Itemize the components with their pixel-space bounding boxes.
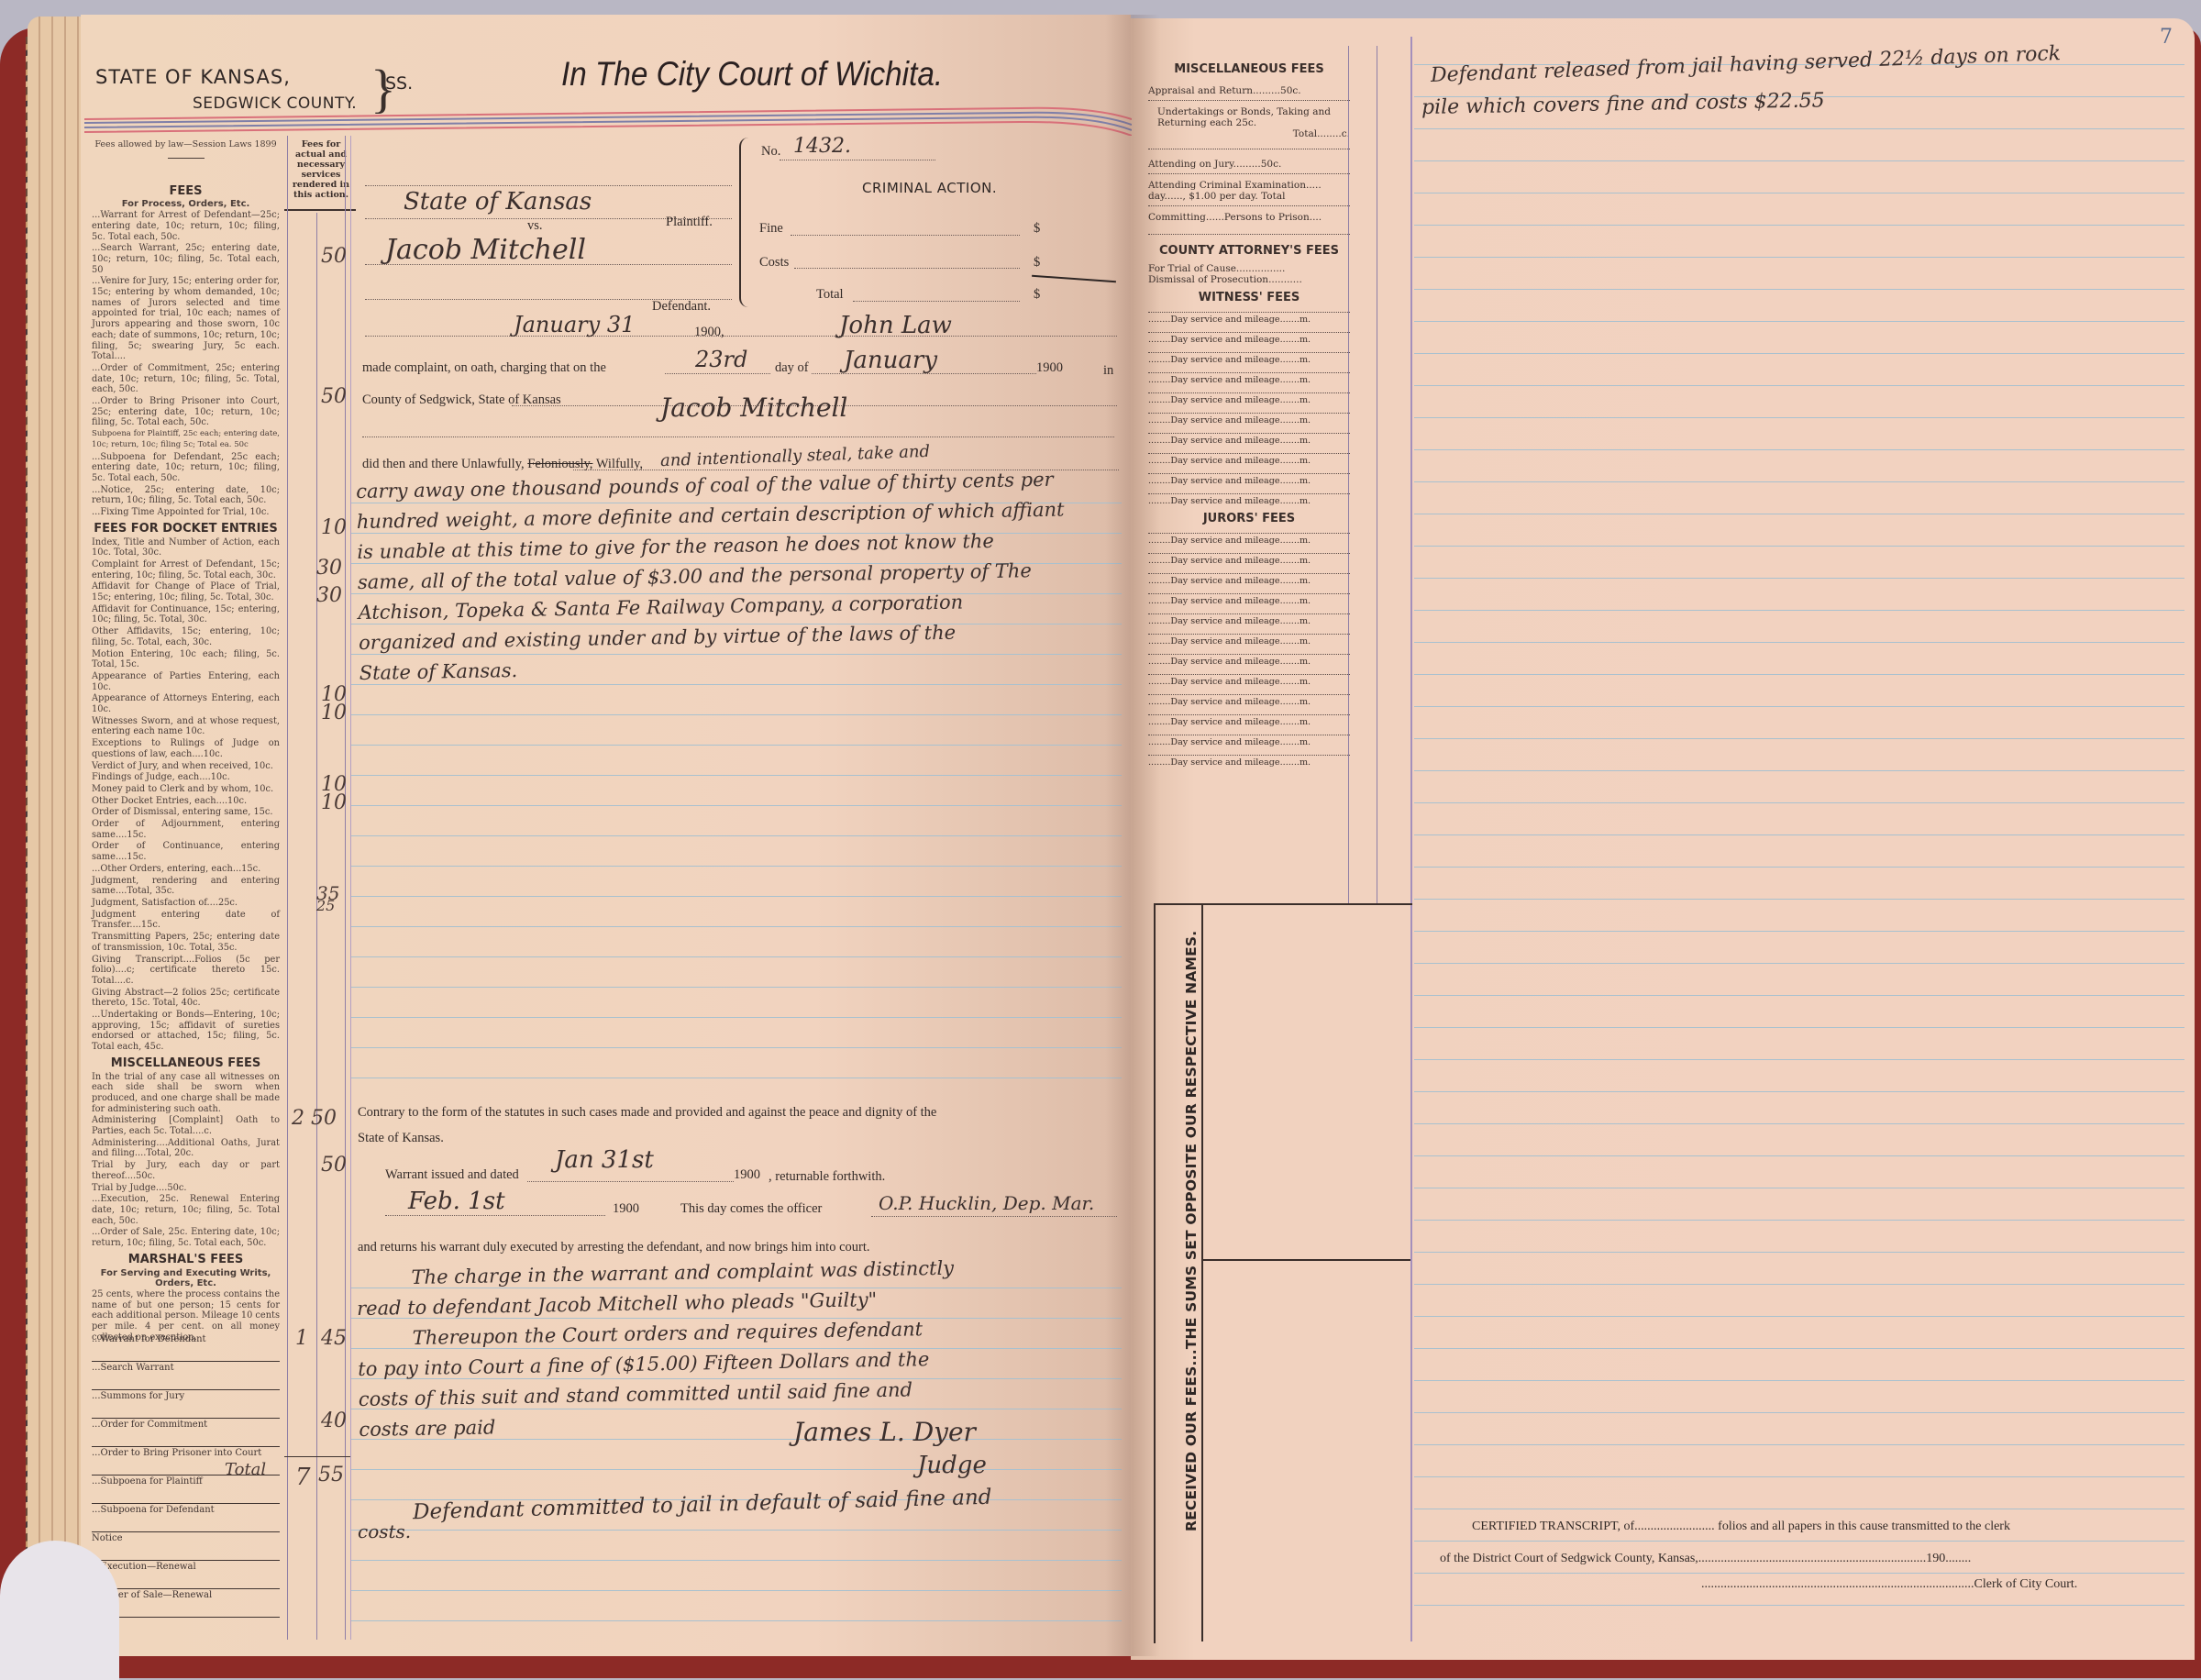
fee-item: ...Notice, 25c; entering date, 10c; retu… [92, 485, 280, 506]
ledger-line [351, 1469, 1122, 1470]
fee-item: Trial by Jury, each day or part thereof.… [92, 1160, 280, 1181]
header-state: STATE OF KANSAS, [95, 66, 291, 88]
fee-item: Appearance of Attorneys Entering, each 1… [92, 693, 280, 714]
header-rule-lines [84, 99, 1132, 136]
receipt-statement: RECEIVED OUR FEES...THE SUMS SET OPPOSIT… [1183, 931, 1200, 1531]
returns-text: and returns his warrant duly executed by… [358, 1240, 870, 1255]
complaint-date: January 31 [514, 312, 635, 337]
accused-name: Jacob Mitchell [660, 392, 847, 423]
marshal-dollars: 1 [295, 1327, 308, 1350]
marshal-cents: 45 [321, 1327, 347, 1350]
ledger-line [1414, 770, 2184, 771]
fee-item: ...Undertaking or Bonds—Entering, 10c; a… [92, 1010, 280, 1053]
ledger-line [1414, 193, 2184, 193]
right-fees-schedule: MISCELLANEOUS FEES Appraisal and Return.… [1148, 62, 1350, 768]
day-service-line: ........Day service and mileage.......m. [1148, 654, 1350, 667]
fee-item: Other Affidavits, 15c; entering, 10c; fi… [92, 626, 280, 647]
fee-item: In the trial of any case all witnesses o… [92, 1072, 280, 1115]
ledger-line [1414, 289, 2184, 290]
day-service-line: ........Day service and mileage.......m. [1148, 493, 1350, 506]
misc-fees-title: MISCELLANEOUS FEES [1148, 62, 1350, 76]
accused-line [362, 437, 1114, 437]
day-service-line: ........Day service and mileage.......m. [1148, 613, 1350, 626]
case-number: 1432. [793, 135, 851, 158]
fee-item: Other Docket Entries, each....10c. [92, 796, 280, 807]
ledger-line [1414, 834, 2184, 835]
misc-item: Committing......Persons to Prison.... [1148, 212, 1350, 235]
ledger-line [1414, 802, 2184, 803]
warrant-date: Jan 31st [555, 1146, 654, 1174]
ledger-line [351, 805, 1122, 806]
column-line [287, 136, 288, 1640]
ledger-line [1414, 417, 2184, 418]
case-number-label: No. [761, 144, 780, 160]
ledger-line [1414, 449, 2184, 450]
day-service-line: ........Day service and mileage.......m. [1148, 674, 1350, 687]
costs-currency: $ [1034, 255, 1040, 271]
fee-item: Judgment, rendering and entering same...… [92, 876, 280, 897]
ledger-line [1414, 1252, 2184, 1253]
complaint-text: made complaint, on oath, charging that o… [362, 360, 606, 376]
ledger-line [351, 896, 1122, 897]
section-title: MISCELLANEOUS FEES [92, 1058, 280, 1069]
ledger-line [351, 835, 1122, 836]
day-service-line: ........Day service and mileage.......m. [1148, 553, 1350, 566]
returnable-text: , returnable forthwith. [769, 1169, 885, 1185]
ledger-line [1414, 160, 2184, 161]
ledger-line [351, 987, 1122, 988]
fee-item: Giving Transcript....Folios (5c per foli… [92, 955, 280, 987]
fee-item: Affidavit for Continuance, 15c; entering… [92, 604, 280, 625]
fine-currency: $ [1034, 221, 1040, 237]
ledger-line [351, 745, 1122, 746]
ledger-line [1414, 1091, 2184, 1092]
fee-amount: 50 [321, 245, 347, 268]
action-type: CRIMINAL ACTION. [862, 180, 997, 196]
fee-item: Index, Title and Number of Action, each … [92, 537, 280, 558]
committed-note-2: costs. [358, 1520, 411, 1542]
fee-amount: 10 [321, 516, 347, 539]
white-glove [0, 1541, 119, 1680]
fee-item: Order of Adjournment, entering same....1… [92, 819, 280, 840]
officer-line [871, 1216, 1117, 1217]
ledger-line [1414, 1541, 2184, 1542]
ledger-line [1414, 1444, 2184, 1445]
marshal-total-dollars: 7 [295, 1464, 311, 1491]
fee-item: ...Subpoena for Defendant, 25c each; ent… [92, 452, 280, 484]
did-then-text: did then and there Unlawfully, [362, 457, 525, 471]
fee-item: ...Order of Sale, 25c. Entering date, 10… [92, 1227, 280, 1248]
ledger-line [1414, 706, 2184, 707]
day-service-line: ........Day service and mileage.......m. [1148, 413, 1350, 426]
ledger-line [1414, 481, 2184, 482]
page-stack [28, 17, 83, 1658]
county-attorney-title: COUNTY ATTORNEY'S FEES [1148, 244, 1350, 258]
section-subtitle: For Serving and Executing Writs, Orders,… [92, 1268, 280, 1289]
fee-item: Transmitting Papers, 25c; entering date … [92, 932, 280, 953]
total-line [853, 301, 1020, 302]
fee-item: ...Search Warrant, 25c; entering date, 1… [92, 243, 280, 275]
ledger-line [351, 1078, 1122, 1078]
ledger-line [1414, 257, 2184, 258]
marshal-line: ...Subpoena for Plaintiff [92, 1476, 280, 1504]
day-service-line: ........Day service and mileage.......m. [1148, 332, 1350, 345]
fee-amount: 50 [321, 385, 347, 408]
warrant-year: 1900 [734, 1167, 760, 1183]
fee-item: Affidavit for Change of Place of Trial, … [92, 581, 280, 602]
ledger-line [1414, 128, 2184, 129]
ledger-line [1414, 995, 2184, 996]
total-currency: $ [1034, 287, 1040, 303]
day-service-line: ........Day service and mileage.......m. [1148, 755, 1350, 768]
marshal-line: Notice [92, 1533, 280, 1561]
day-service-line: ........Day service and mileage.......m. [1148, 593, 1350, 606]
ledger-line [1414, 514, 2184, 514]
fee-item: ...Fixing Time Appointed for Trial, 10c. [92, 507, 280, 518]
ledger-line [1414, 1188, 2184, 1188]
day-service-line: ........Day service and mileage.......m. [1148, 533, 1350, 546]
fee-item: Trial by Judge....50c. [92, 1183, 280, 1194]
juror-fee-lines: ........Day service and mileage.......m.… [1148, 533, 1350, 768]
misc-item: Attending on Jury.........50c. [1148, 159, 1350, 174]
misc-item: Appraisal and Return.........50c. [1148, 85, 1350, 101]
case-caption-brace [739, 138, 748, 307]
day-service-line: ........Day service and mileage.......m. [1148, 352, 1350, 365]
ledger-line [1414, 931, 2184, 932]
ledger-line [1414, 963, 2184, 964]
warrant-date-line [527, 1181, 734, 1182]
marshal-line: ...Warrant for Defendant [92, 1334, 280, 1362]
ledger-line [1414, 1380, 2184, 1381]
day-service-line: ........Day service and mileage.......m. [1148, 372, 1350, 385]
fees-schedule: Fees allowed by law—Session Laws 1899 FE… [92, 139, 280, 1343]
column-line [1348, 46, 1349, 903]
complaint-year: 1900, [694, 325, 724, 340]
fee-item: ...Other Orders, entering, each...15c. [92, 864, 280, 875]
fee-item: Administering....Additional Oaths, Jurat… [92, 1138, 280, 1159]
day-service-line: ........Day service and mileage.......m. [1148, 453, 1350, 466]
return-date-line [385, 1215, 605, 1216]
judge-signature: James L. Dyer [793, 1417, 976, 1447]
warrant-label: Warrant issued and dated [385, 1167, 519, 1183]
ledger-line [1414, 1155, 2184, 1156]
ledger-line [1414, 225, 2184, 226]
column-line [316, 213, 317, 1640]
ledger-line [351, 1590, 1122, 1591]
fee-item: Complaint for Arrest of Defendant, 15c; … [92, 559, 280, 580]
day-service-line: ........Day service and mileage.......m. [1148, 573, 1350, 586]
section-subtitle: For Process, Orders, Etc. [92, 199, 280, 210]
fee-item: Order of Continuance, entering same....1… [92, 841, 280, 862]
defendant-line [365, 264, 732, 265]
ledger-line [1414, 899, 2184, 900]
day-service-line: ........Day service and mileage.......m. [1148, 634, 1350, 647]
fee-item: Verdict of Jury, and when received, 10c. [92, 761, 280, 772]
ledger-line [1414, 353, 2184, 354]
day-service-line: ........Day service and mileage.......m. [1148, 694, 1350, 707]
ledger-line [1414, 578, 2184, 579]
marshal-line: ...Subpoena for Defendant [92, 1505, 280, 1532]
fee-amount: 10 [321, 702, 347, 724]
fine-label: Fine [759, 221, 783, 237]
section-title: MARSHAL'S FEES [92, 1254, 280, 1266]
ledger-line [1414, 642, 2184, 643]
ledger-line [1414, 674, 2184, 675]
page-number: 7 [2160, 26, 2173, 49]
ledger-line [1414, 1605, 2184, 1606]
ledger-line [1414, 1348, 2184, 1349]
ledger-line [1414, 546, 2184, 547]
ledger-line [1414, 1027, 2184, 1028]
complaint-date-line [365, 336, 1117, 337]
charge-body: carry away one thousand pounds of coal o… [356, 465, 1067, 689]
transcript-line-2: of the District Court of Sedgwick County… [1440, 1552, 1971, 1566]
ledger-line [351, 956, 1122, 957]
state-of-kansas: State of Kansas. [358, 1131, 444, 1146]
marshal-line: ...Summons for Jury [92, 1391, 280, 1419]
fee-amount: 25 [316, 897, 335, 914]
day-line [665, 373, 770, 374]
county-attorney-item: Dismissal of Prosecution........... [1148, 274, 1350, 285]
return-year: 1900 [613, 1201, 639, 1217]
fee-item: ...Venire for Jury, 15c; entering order … [92, 276, 280, 362]
offense-year: 1900 [1036, 360, 1063, 376]
day-service-line: ........Day service and mileage.......m. [1148, 392, 1350, 405]
case-number-line [780, 160, 935, 160]
complainant-name: John Law [839, 312, 952, 339]
receipt-box-rule [1203, 1259, 1410, 1261]
total-rule [284, 1456, 350, 1457]
ledger-line [1414, 321, 2184, 322]
fee-item: Subpoena for Plaintiff, 25c each; enteri… [92, 429, 280, 450]
marshal-line: ...Search Warrant [92, 1363, 280, 1390]
ledger-line [351, 1047, 1122, 1048]
fee-item: Exceptions to Rulings of Judge on questi… [92, 738, 280, 759]
ledger-line [351, 1620, 1122, 1621]
ledger-line [1414, 1123, 2184, 1124]
judge-title: Judge [917, 1452, 987, 1479]
ledger-line [351, 1530, 1122, 1531]
day-service-line: ........Day service and mileage.......m. [1148, 714, 1350, 727]
ledger-line [1414, 1509, 2184, 1509]
offense-month: January [844, 347, 937, 374]
fee-item: Judgment entering date of Transfer....15… [92, 910, 280, 931]
section-title: FEES FOR DOCKET ENTRIES [92, 524, 280, 535]
receipt-box-divider [1201, 903, 1203, 1641]
misc-item: Undertakings or Bonds, Taking and Return… [1148, 106, 1350, 128]
marshal-line: ...Order for Commitment [92, 1420, 280, 1447]
header-ss: SS. [385, 73, 413, 94]
officer-label: This day comes the officer [680, 1201, 822, 1217]
fee-item: ...Order to Bring Prisoner into Court, 2… [92, 396, 280, 428]
costs-label: Costs [759, 255, 789, 271]
marshal-total-note: Total [225, 1460, 266, 1479]
marshal-cents: 40 [321, 1409, 347, 1432]
day-service-line: ........Day service and mileage.......m. [1148, 433, 1350, 446]
column-line [1377, 46, 1377, 903]
return-date: Feb. 1st [408, 1188, 505, 1215]
marshal-line: ...Execution—Renewal [92, 1562, 280, 1589]
plaintiff-label: Plaintiff. [666, 215, 713, 230]
ledger-line [351, 866, 1122, 867]
marshal-total-cents: 55 [318, 1464, 344, 1487]
marshal-line: ...Order of Sale—Renewal [92, 1590, 280, 1618]
witness-fees-title: WITNESS' FEES [1148, 291, 1350, 304]
fine-line [791, 235, 1020, 236]
defendant-name: Jacob Mitchell [385, 234, 586, 266]
fee-amount: 30 [316, 557, 342, 580]
fee-item: Appearance of Parties Entering, each 10c… [92, 671, 280, 692]
ledger-line [1414, 867, 2184, 868]
transcript-line-1: CERTIFIED TRANSCRIPT, of................… [1472, 1520, 2010, 1534]
fee-item: ...Order of Commitment, 25c; entering da… [92, 363, 280, 395]
transcript-line-3: ........................................… [1701, 1577, 2077, 1592]
fee-item: Witnesses Sworn, and at whose request, e… [92, 716, 280, 737]
fee-item: Judgment, Satisfaction of....25c. [92, 898, 280, 909]
defendant-label: Defendant. [652, 299, 711, 315]
ledger-line [1414, 1412, 2184, 1413]
ledger-line [351, 926, 1122, 927]
divider [168, 158, 205, 159]
fees-column-header: Fees for actual and necessary services r… [290, 139, 352, 200]
ledger-line [351, 1017, 1122, 1018]
jurors-fees-title: JURORS' FEES [1148, 512, 1350, 525]
misc-item: Total........c. [1148, 128, 1350, 149]
margin-line [350, 136, 351, 1640]
fee-amount: 2 50 [292, 1107, 337, 1130]
ledger-line [1414, 610, 2184, 611]
ledger-line [351, 775, 1122, 776]
section-title: FEES [92, 186, 280, 197]
fee-amount: 50 [321, 1154, 347, 1177]
ledger-line [1414, 1316, 2184, 1317]
fee-item: ...Warrant for Arrest of Defendant—25c; … [92, 210, 280, 242]
fee-amount: 10 [321, 791, 347, 814]
contrary-text: Contrary to the form of the statutes in … [358, 1105, 936, 1121]
misc-item: Attending Criminal Examination..... day.… [1148, 180, 1350, 206]
officer-name: O.P. Hucklin, Dep. Mar. [879, 1192, 1094, 1214]
vs-label: vs. [527, 218, 543, 234]
fee-item: Findings of Judge, each....10c. [92, 772, 280, 783]
ledger-line [351, 714, 1122, 715]
ledger-line [1414, 385, 2184, 386]
day-of-label: day of [775, 360, 809, 376]
offense-day: 23rd [695, 347, 747, 372]
day-service-line: ........Day service and mileage.......m. [1148, 735, 1350, 747]
ledger-line [1414, 1059, 2184, 1060]
fee-amount: 30 [316, 584, 342, 607]
costs-line [794, 268, 1020, 269]
ledger-line [1414, 1284, 2184, 1285]
fee-item: Money paid to Clerk and by whom, 10c. [92, 784, 280, 795]
day-service-line: ........Day service and mileage.......m. [1148, 473, 1350, 486]
fees-intro: Fees allowed by law—Session Laws 1899 [92, 139, 280, 150]
fee-item: Order of Dismissal, entering same, 15c. [92, 807, 280, 818]
fee-item: Motion Entering, 10c each; filing, 5c. T… [92, 649, 280, 670]
ledger-line [1414, 738, 2184, 739]
plaintiff-name: State of Kansas [404, 188, 592, 216]
county-attorney-item: For Trial of Cause................ [1148, 263, 1350, 274]
ledger-line [1414, 1573, 2184, 1574]
ledger-line [1414, 1476, 2184, 1477]
witness-fee-lines: ........Day service and mileage.......m.… [1148, 312, 1350, 506]
fee-item: Giving Abstract—2 folios 25c; certificat… [92, 988, 280, 1009]
ledger-line [1414, 1220, 2184, 1221]
court-title: In The City Court of Wichita. [561, 55, 943, 94]
fee-item: Administering [Complaint] Oath to Partie… [92, 1115, 280, 1136]
plaintiff-line [365, 185, 732, 186]
fee-item: ...Execution, 25c. Renewal Entering date… [92, 1194, 280, 1226]
total-label: Total [816, 287, 844, 303]
day-service-line: ........Day service and mileage.......m. [1148, 312, 1350, 325]
ledger-line [351, 1560, 1122, 1561]
